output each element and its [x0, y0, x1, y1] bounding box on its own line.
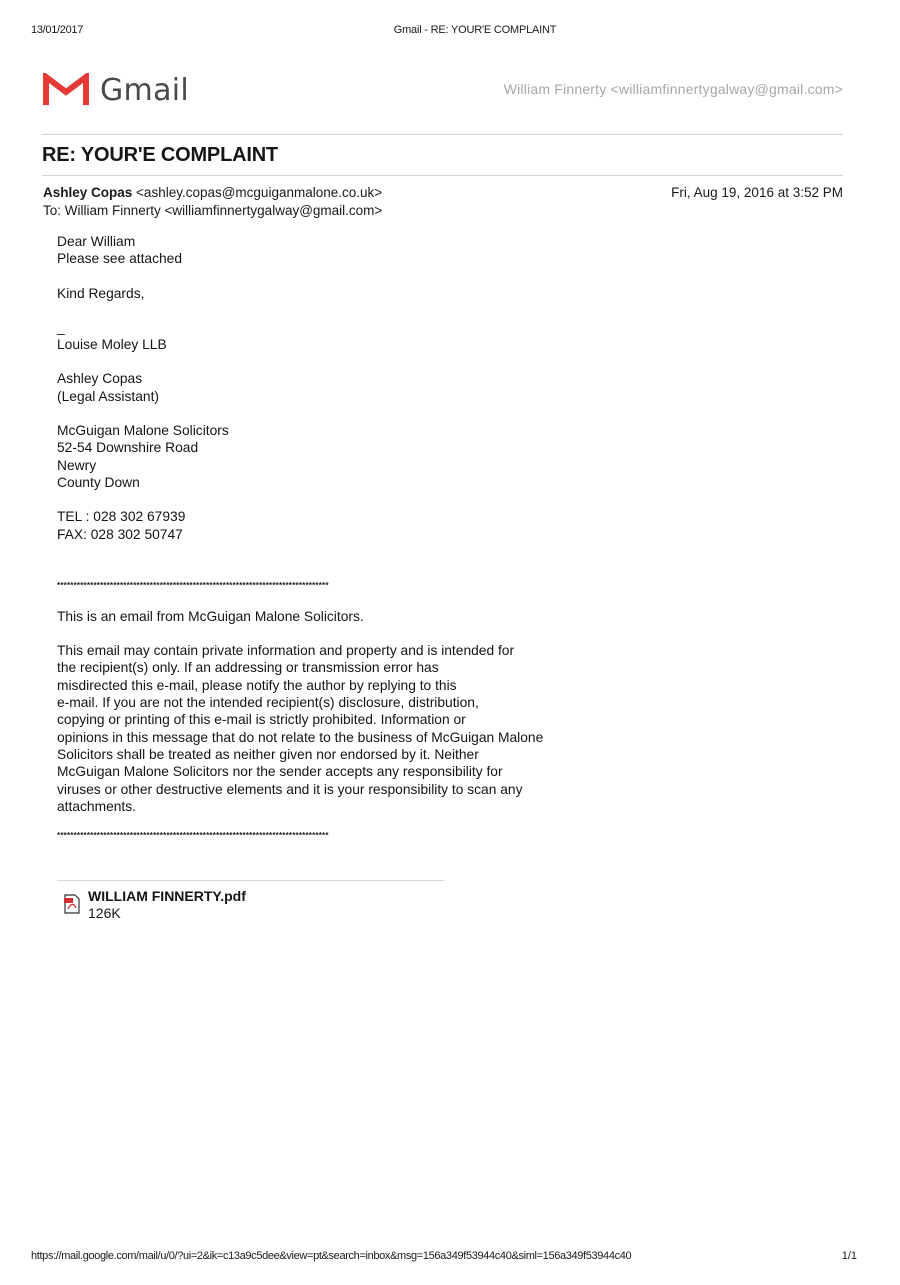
disclaimer-line: viruses or other destructive elements an… — [57, 781, 617, 798]
body-line: (Legal Assistant) — [57, 388, 617, 405]
body-line: Dear William — [57, 233, 617, 250]
body-line: Please see attached — [57, 250, 617, 267]
disclaimer-line: e-mail. If you are not the intended reci… — [57, 694, 617, 711]
phone-number: TEL : 028 302 67939 — [57, 508, 617, 525]
disclaimer-line: misdirected this e-mail, please notify t… — [57, 677, 617, 694]
address-line: McGuigan Malone Solicitors — [57, 422, 617, 439]
sender-block: Ashley Copas (Legal Assistant) — [57, 370, 617, 405]
print-footer-page: 1/1 — [842, 1250, 857, 1262]
message-subject: RE: YOUR'E COMPLAINT — [42, 144, 278, 167]
stars-bottom: ****************************************… — [57, 827, 617, 844]
message-from: Ashley Copas <ashley.copas@mcguiganmalon… — [43, 185, 382, 200]
attachment-meta: WILLIAM FINNERTY.pdf 126K — [88, 888, 246, 922]
message-to: To: William Finnerty <williamfinnertygal… — [43, 203, 382, 218]
signature-separator: _ — [57, 319, 617, 336]
disclaimer-line: This email may contain private informati… — [57, 642, 617, 659]
stars-divider: ****************************************… — [57, 827, 617, 844]
fax-number: FAX: 028 302 50747 — [57, 526, 617, 543]
contact-block: TEL : 028 302 67939 FAX: 028 302 50747 — [57, 508, 617, 543]
account-label: William Finnerty <williamfinnertygalway@… — [504, 81, 843, 97]
attachment-item[interactable]: WILLIAM FINNERTY.pdf 126K — [64, 888, 246, 922]
address-line: County Down — [57, 474, 617, 491]
body-line: This is an email from McGuigan Malone So… — [57, 608, 617, 625]
message-body: Dear William Please see attached Kind Re… — [57, 233, 617, 861]
disclaimer-line: attachments. — [57, 798, 617, 815]
disclaimer-line: Solicitors shall be treated as neither g… — [57, 746, 617, 763]
message-date: Fri, Aug 19, 2016 at 3:52 PM — [671, 185, 843, 200]
address-line: 52-54 Downshire Road — [57, 439, 617, 456]
signer-name: Louise Moley LLB — [57, 336, 617, 353]
attachment-divider — [57, 880, 444, 881]
gmail-brand[interactable]: Gmail — [42, 70, 189, 110]
disclaimer-line: opinions in this message that do not rel… — [57, 729, 617, 746]
attachment-name[interactable]: WILLIAM FINNERTY.pdf — [88, 888, 246, 905]
disclaimer-line: copying or printing of this e-mail is st… — [57, 711, 617, 728]
gmail-wordmark: Gmail — [100, 73, 189, 108]
sender-name: Ashley Copas — [43, 185, 132, 200]
sender-email: <ashley.copas@mcguiganmalone.co.uk> — [136, 185, 382, 200]
pdf-file-icon — [64, 894, 80, 919]
divider — [42, 134, 843, 135]
attachment-size: 126K — [88, 905, 246, 922]
body-line: Kind Regards, — [57, 285, 617, 302]
body-line: Ashley Copas — [57, 370, 617, 387]
signature: _ Louise Moley LLB — [57, 319, 617, 354]
gmail-m-icon — [42, 73, 90, 107]
disclaimer-intro: This is an email from McGuigan Malone So… — [57, 608, 617, 625]
print-header-title: Gmail - RE: YOUR'E COMPLAINT — [0, 24, 900, 36]
divider — [42, 175, 843, 176]
stars-divider: ****************************************… — [57, 577, 617, 594]
stars-top: ****************************************… — [57, 577, 617, 594]
closing: Kind Regards, — [57, 285, 617, 302]
address-line: Newry — [57, 457, 617, 474]
print-footer-url: https://mail.google.com/mail/u/0/?ui=2&i… — [31, 1250, 631, 1262]
address-block: McGuigan Malone Solicitors 52-54 Downshi… — [57, 422, 617, 491]
disclaimer: This email may contain private informati… — [57, 642, 617, 815]
disclaimer-line: McGuigan Malone Solicitors nor the sende… — [57, 763, 617, 780]
greeting: Dear William Please see attached — [57, 233, 617, 268]
disclaimer-line: the recipient(s) only. If an addressing … — [57, 659, 617, 676]
